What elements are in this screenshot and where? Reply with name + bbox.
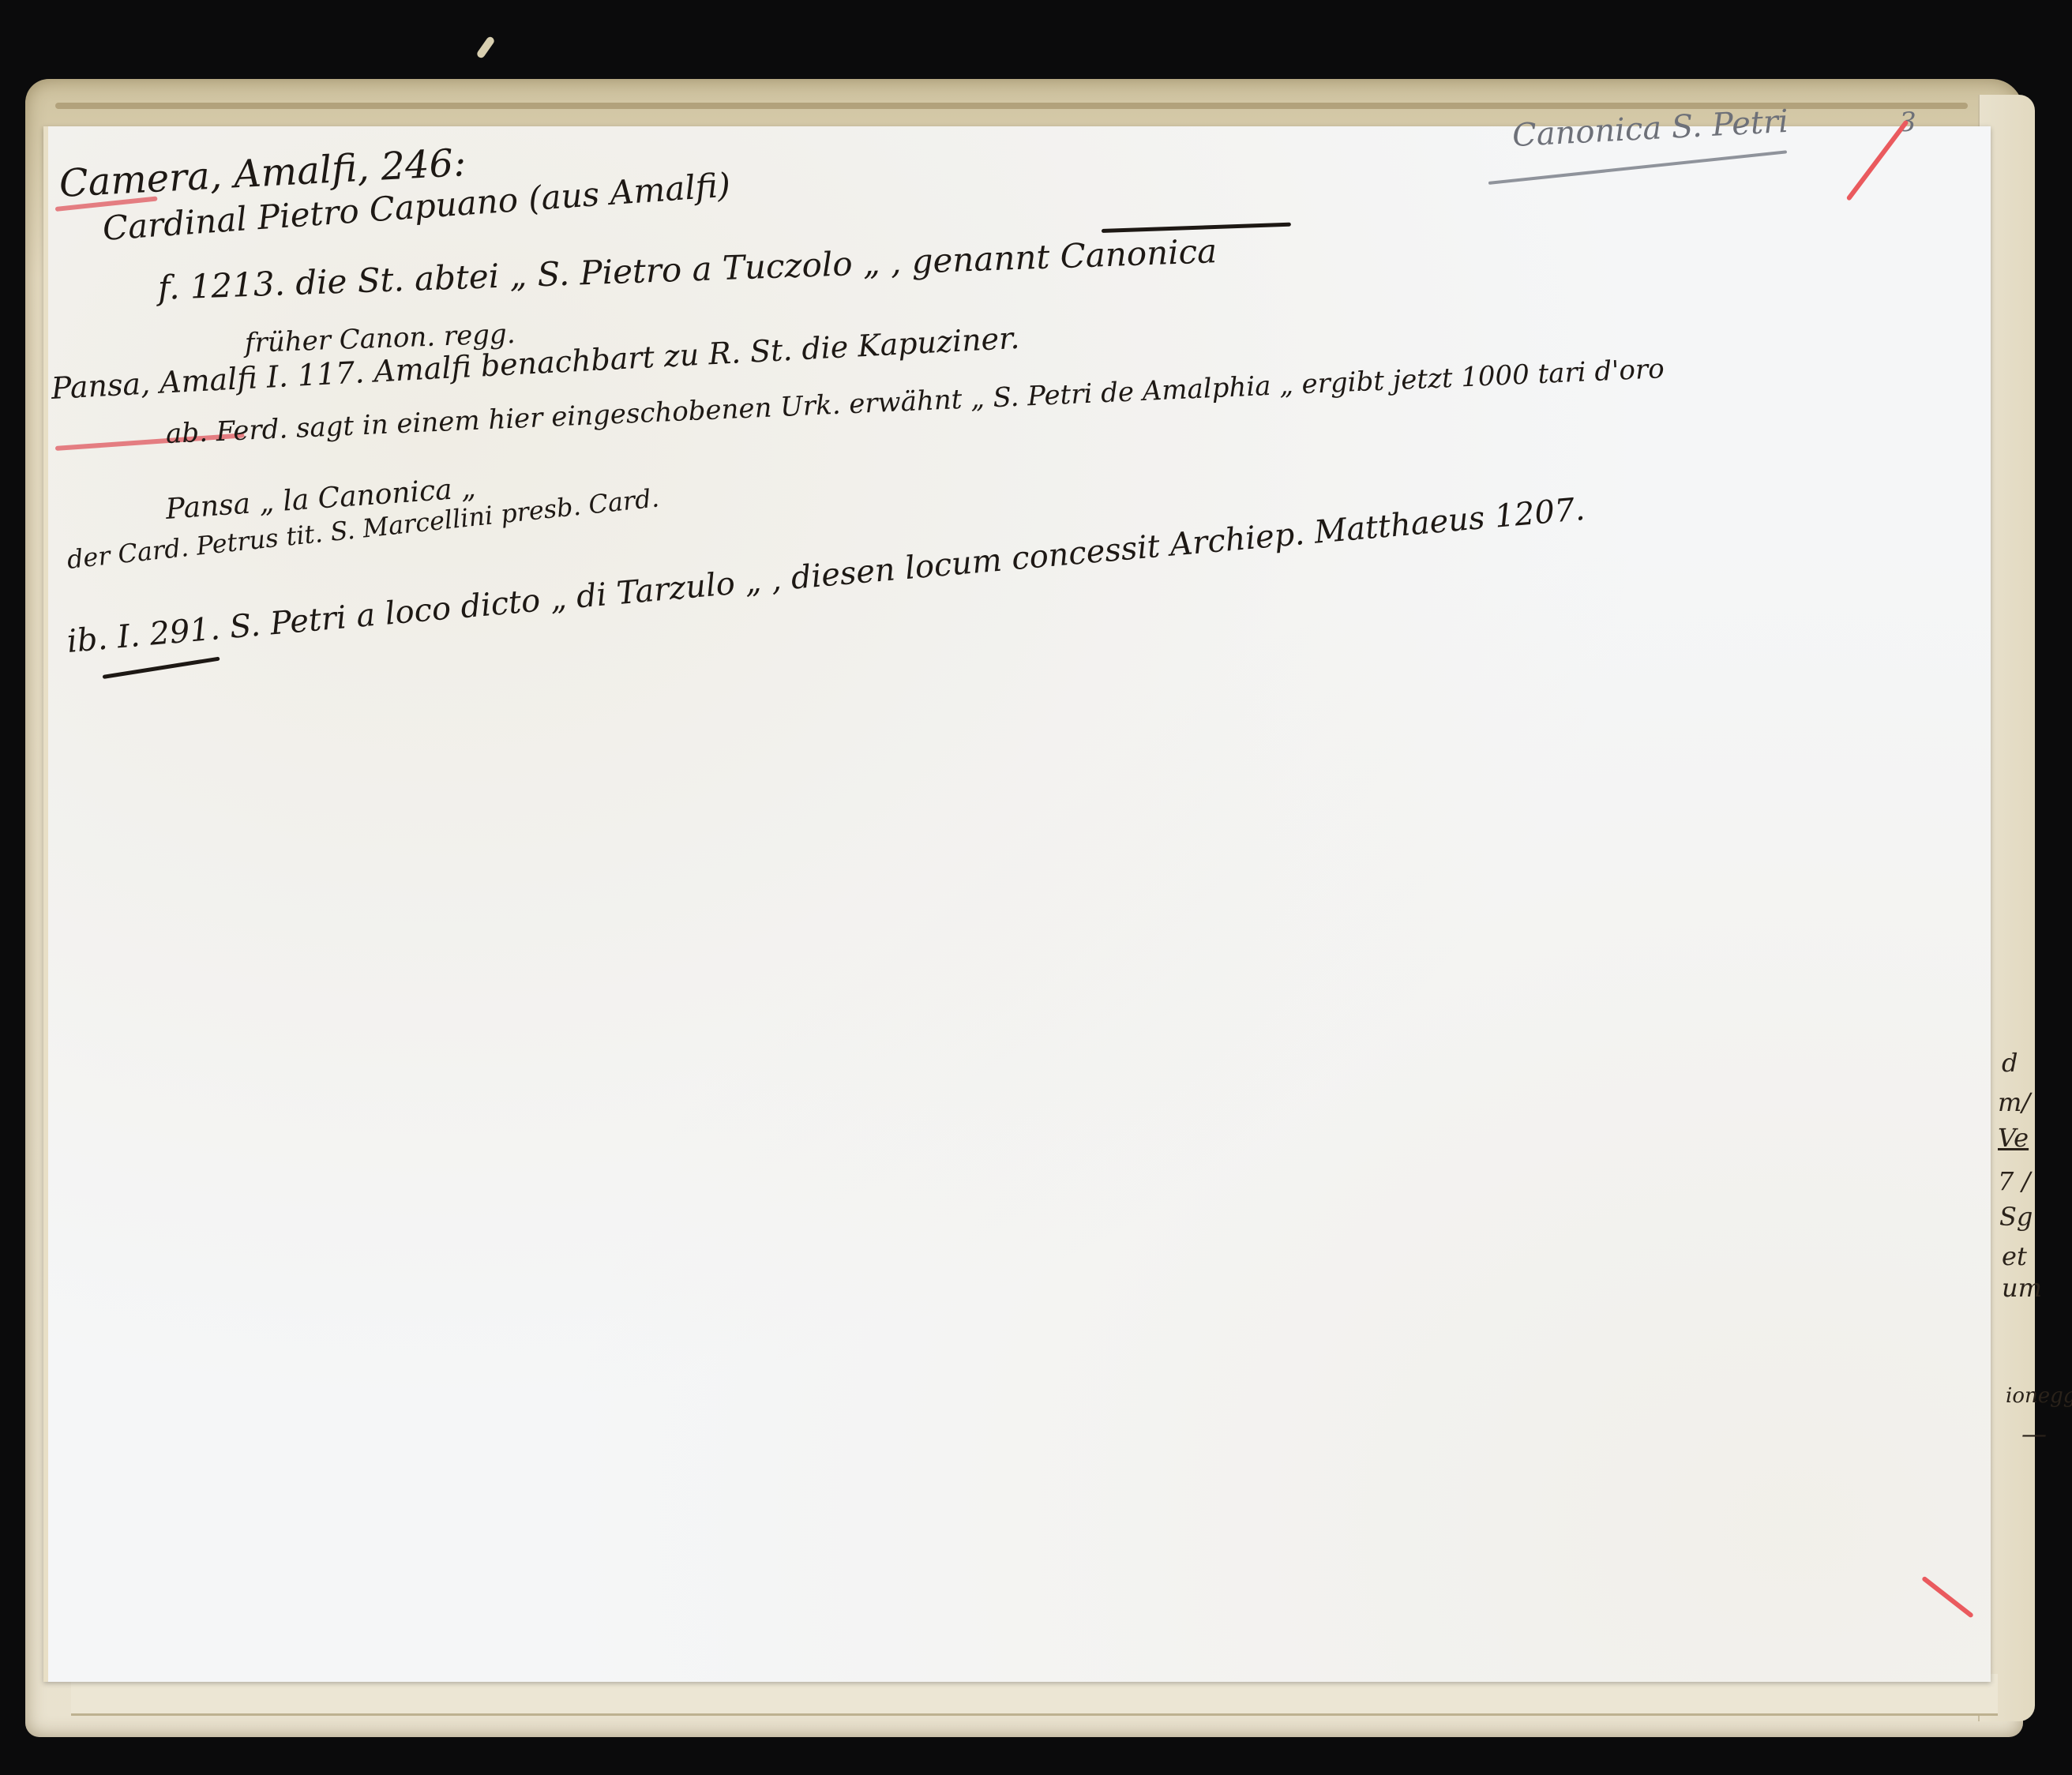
bleed-through-text: um bbox=[2002, 1275, 2042, 1300]
bleed-through-text: Sg bbox=[1999, 1204, 2033, 1229]
bleed-through-text: — bbox=[2021, 1421, 2047, 1447]
bleed-through-text: ionegg bbox=[2006, 1386, 2072, 1406]
bleed-through-text: 7 / bbox=[1998, 1169, 2030, 1194]
bleed-through-text: m/ bbox=[1998, 1090, 2030, 1115]
dust-speck bbox=[475, 36, 495, 59]
bleed-through-text: d bbox=[2002, 1050, 2018, 1075]
stack-layer-edge bbox=[55, 103, 1968, 109]
bleed-through-text: et bbox=[2002, 1244, 2027, 1269]
bleed-through-text: Ve bbox=[1998, 1125, 2029, 1150]
